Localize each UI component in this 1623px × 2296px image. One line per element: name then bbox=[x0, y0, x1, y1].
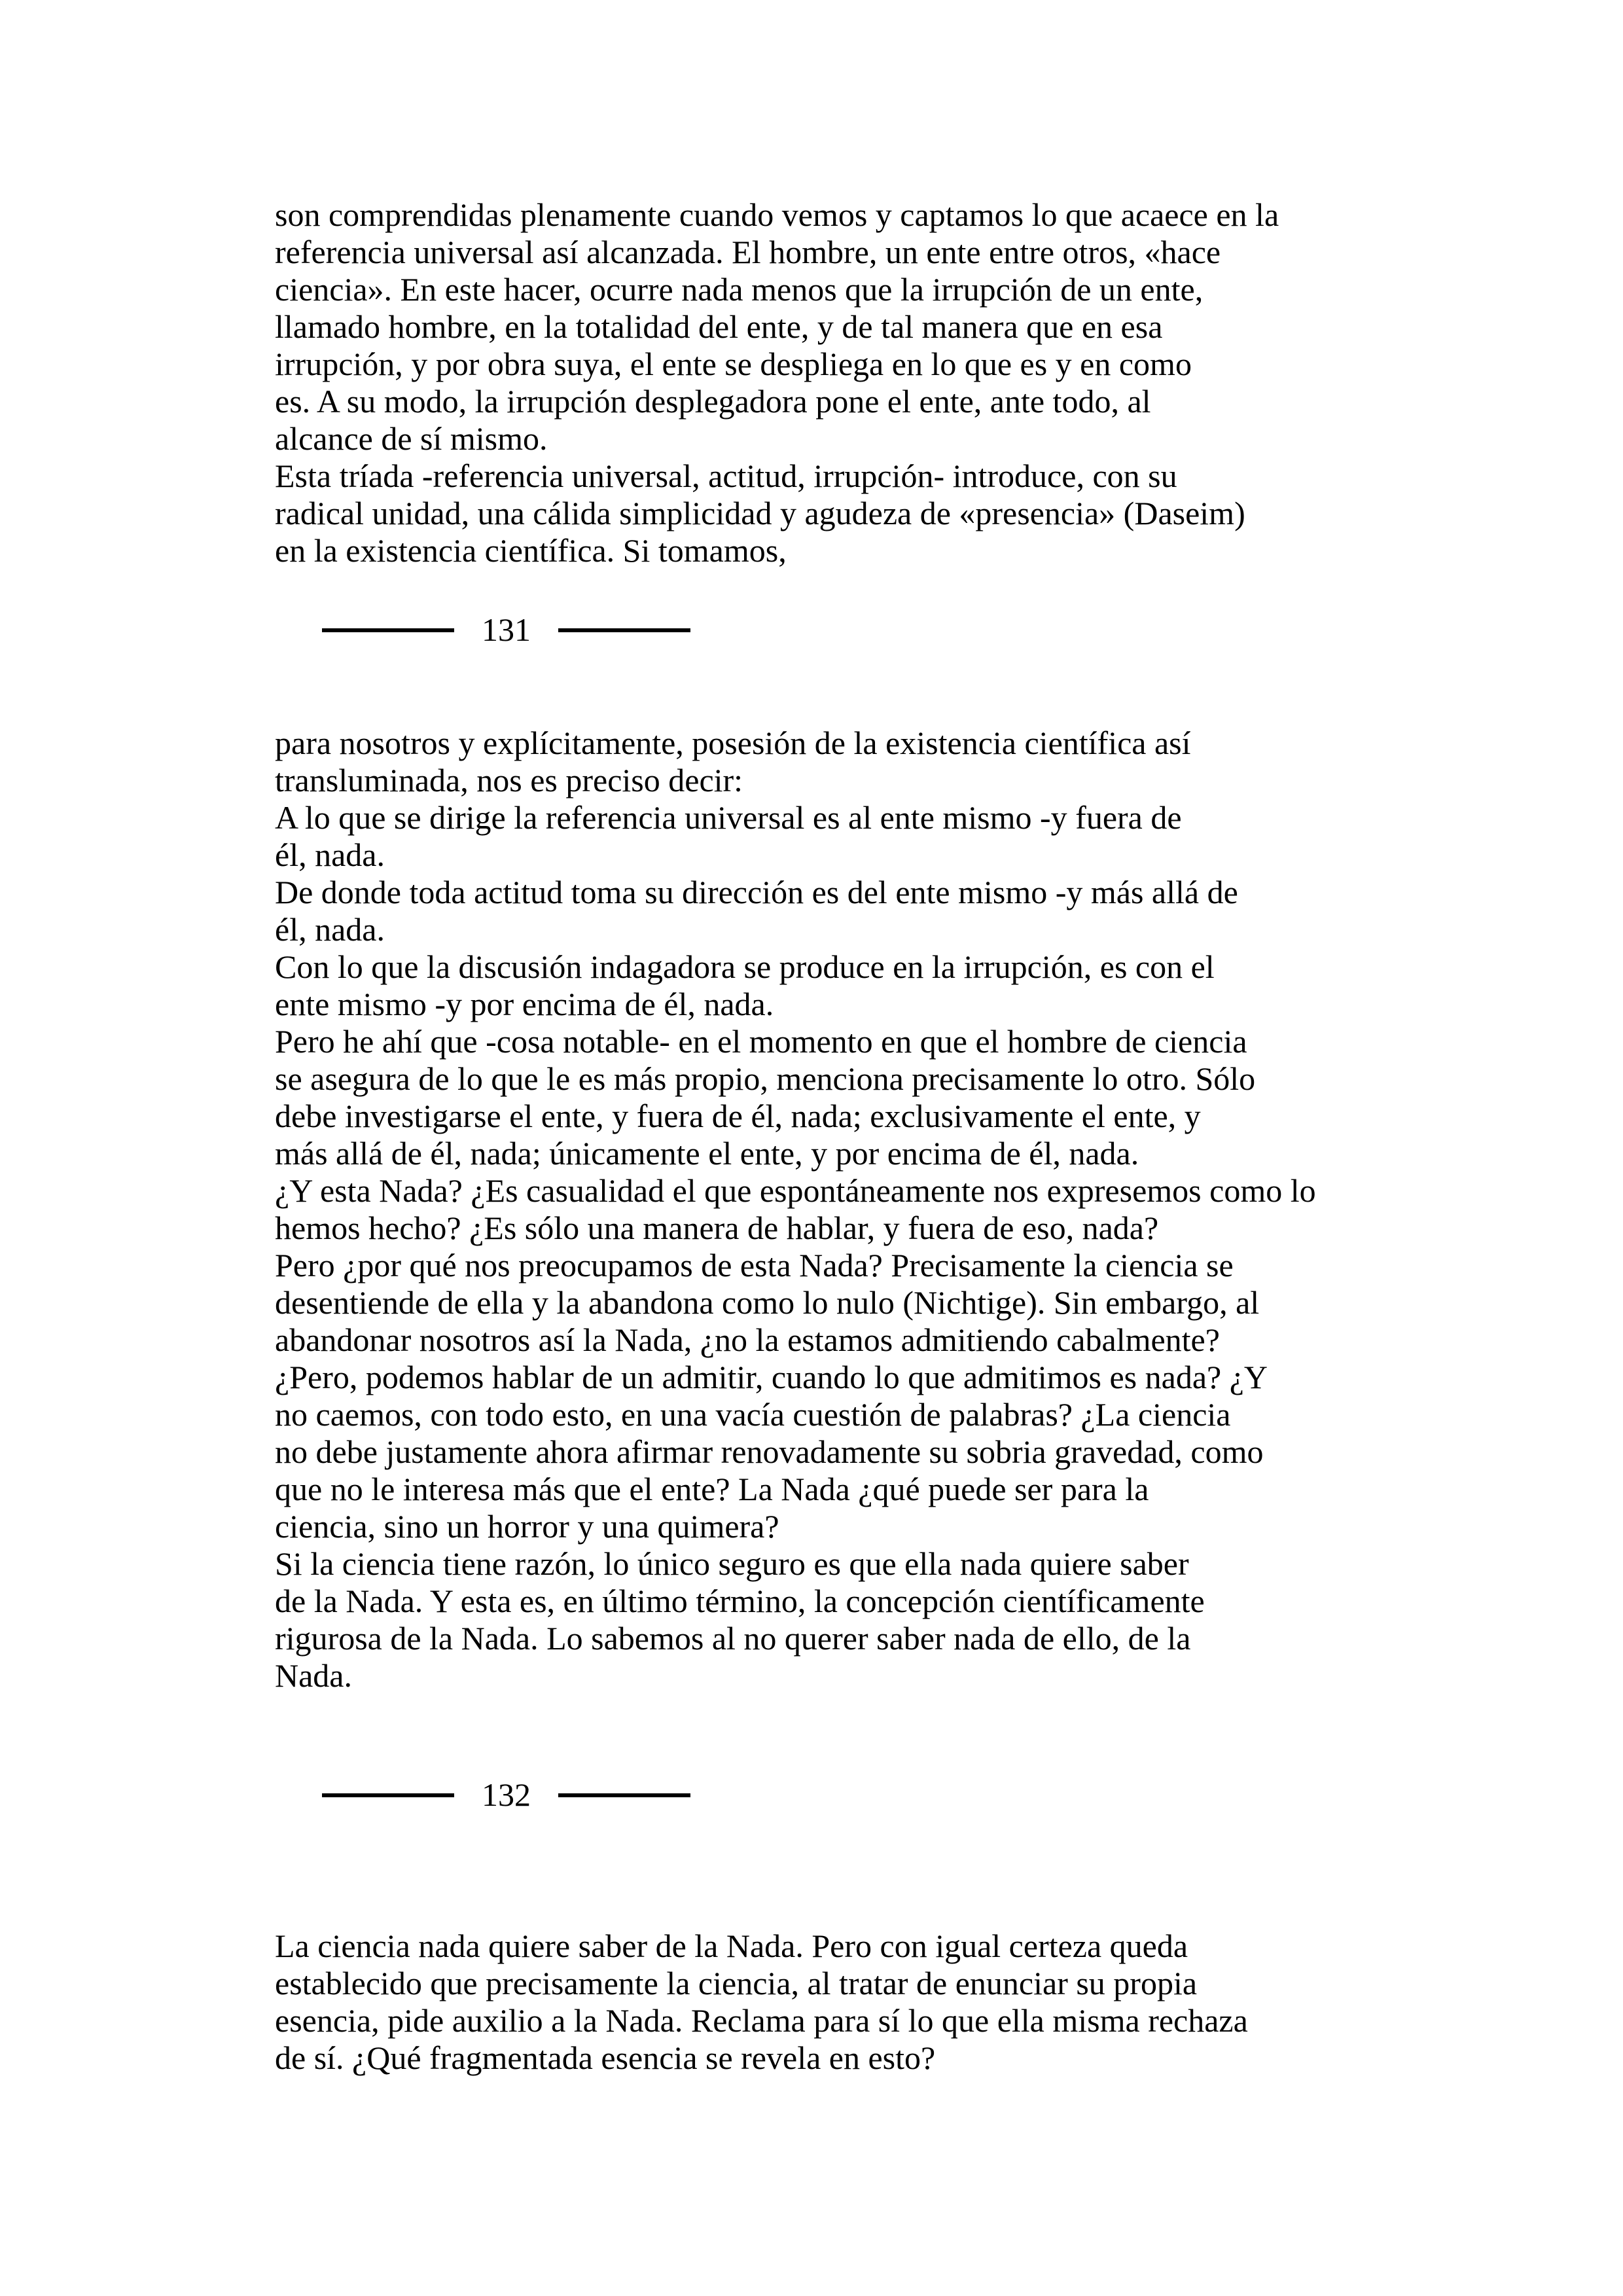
text-content: son comprendidas plenamente cuando vemos… bbox=[275, 196, 1400, 2077]
text-line: A lo que se dirige la referencia univers… bbox=[275, 799, 1400, 836]
text-line: Nada. bbox=[275, 1657, 1400, 1695]
page-number: 131 bbox=[482, 611, 531, 649]
text-line: ciencia». En este hacer, ocurre nada men… bbox=[275, 271, 1400, 308]
text-line: irrupción, y por obra suya, el ente se d… bbox=[275, 346, 1400, 383]
text-line: Si la ciencia tiene razón, lo único segu… bbox=[275, 1545, 1400, 1583]
divider-rule-right bbox=[558, 1793, 690, 1797]
text-line: más allá de él, nada; únicamente el ente… bbox=[275, 1135, 1400, 1172]
text-line: abandonar nosotros así la Nada, ¿no la e… bbox=[275, 1321, 1400, 1359]
text-line: él, nada. bbox=[275, 836, 1400, 874]
text-line: Con lo que la discusión indagadora se pr… bbox=[275, 948, 1400, 986]
text-line: hemos hecho? ¿Es sólo una manera de habl… bbox=[275, 1210, 1400, 1247]
text-line: de la Nada. Y esta es, en último término… bbox=[275, 1583, 1400, 1620]
text-line: establecido que precisamente la ciencia,… bbox=[275, 1965, 1400, 2002]
text-line: llamado hombre, en la totalidad del ente… bbox=[275, 308, 1400, 346]
text-line: ente mismo -y por encima de él, nada. bbox=[275, 986, 1400, 1023]
divider-rule-right bbox=[558, 628, 690, 632]
text-line: radical unidad, una cálida simplicidad y… bbox=[275, 495, 1400, 532]
text-line: desentiende de ella y la abandona como l… bbox=[275, 1284, 1400, 1321]
text-line: ¿Pero, podemos hablar de un admitir, cua… bbox=[275, 1359, 1400, 1396]
text-line: Pero ¿por qué nos preocupamos de esta Na… bbox=[275, 1247, 1400, 1284]
text-line: son comprendidas plenamente cuando vemos… bbox=[275, 196, 1400, 234]
text-line: en la existencia científica. Si tomamos, bbox=[275, 532, 1400, 569]
text-line: Pero he ahí que -cosa notable- en el mom… bbox=[275, 1023, 1400, 1060]
text-line: Esta tríada -referencia universal, actit… bbox=[275, 457, 1400, 495]
text-line: que no le interesa más que el ente? La N… bbox=[275, 1471, 1400, 1508]
text-line: La ciencia nada quiere saber de la Nada.… bbox=[275, 1928, 1400, 1965]
text-line: transluminada, nos es preciso decir: bbox=[275, 762, 1400, 799]
document-page: son comprendidas plenamente cuando vemos… bbox=[0, 0, 1623, 2296]
text-line: para nosotros y explícitamente, posesión… bbox=[275, 725, 1400, 762]
text-line: es. A su modo, la irrupción desplegadora… bbox=[275, 383, 1400, 420]
text-line: De donde toda actitud toma su dirección … bbox=[275, 874, 1400, 911]
text-line: de sí. ¿Qué fragmentada esencia se revel… bbox=[275, 2039, 1400, 2077]
text-line: esencia, pide auxilio a la Nada. Reclama… bbox=[275, 2002, 1400, 2039]
page-break-divider: 131 bbox=[275, 611, 1400, 649]
text-line: referencia universal así alcanzada. El h… bbox=[275, 234, 1400, 271]
text-line: debe investigarse el ente, y fuera de él… bbox=[275, 1098, 1400, 1135]
text-line: alcance de sí mismo. bbox=[275, 420, 1400, 457]
text-line: ciencia, sino un horror y una quimera? bbox=[275, 1508, 1400, 1545]
text-line: él, nada. bbox=[275, 911, 1400, 948]
page-break-divider: 132 bbox=[275, 1776, 1400, 1814]
text-line: rigurosa de la Nada. Lo sabemos al no qu… bbox=[275, 1620, 1400, 1657]
page-number: 132 bbox=[482, 1776, 531, 1814]
text-line: se asegura de lo que le es más propio, m… bbox=[275, 1060, 1400, 1098]
text-line: ¿Y esta Nada? ¿Es casualidad el que espo… bbox=[275, 1172, 1400, 1210]
text-line: no caemos, con todo esto, en una vacía c… bbox=[275, 1396, 1400, 1433]
divider-rule-left bbox=[322, 1793, 454, 1797]
divider-rule-left bbox=[322, 628, 454, 632]
text-line: no debe justamente ahora afirmar renovad… bbox=[275, 1433, 1400, 1471]
